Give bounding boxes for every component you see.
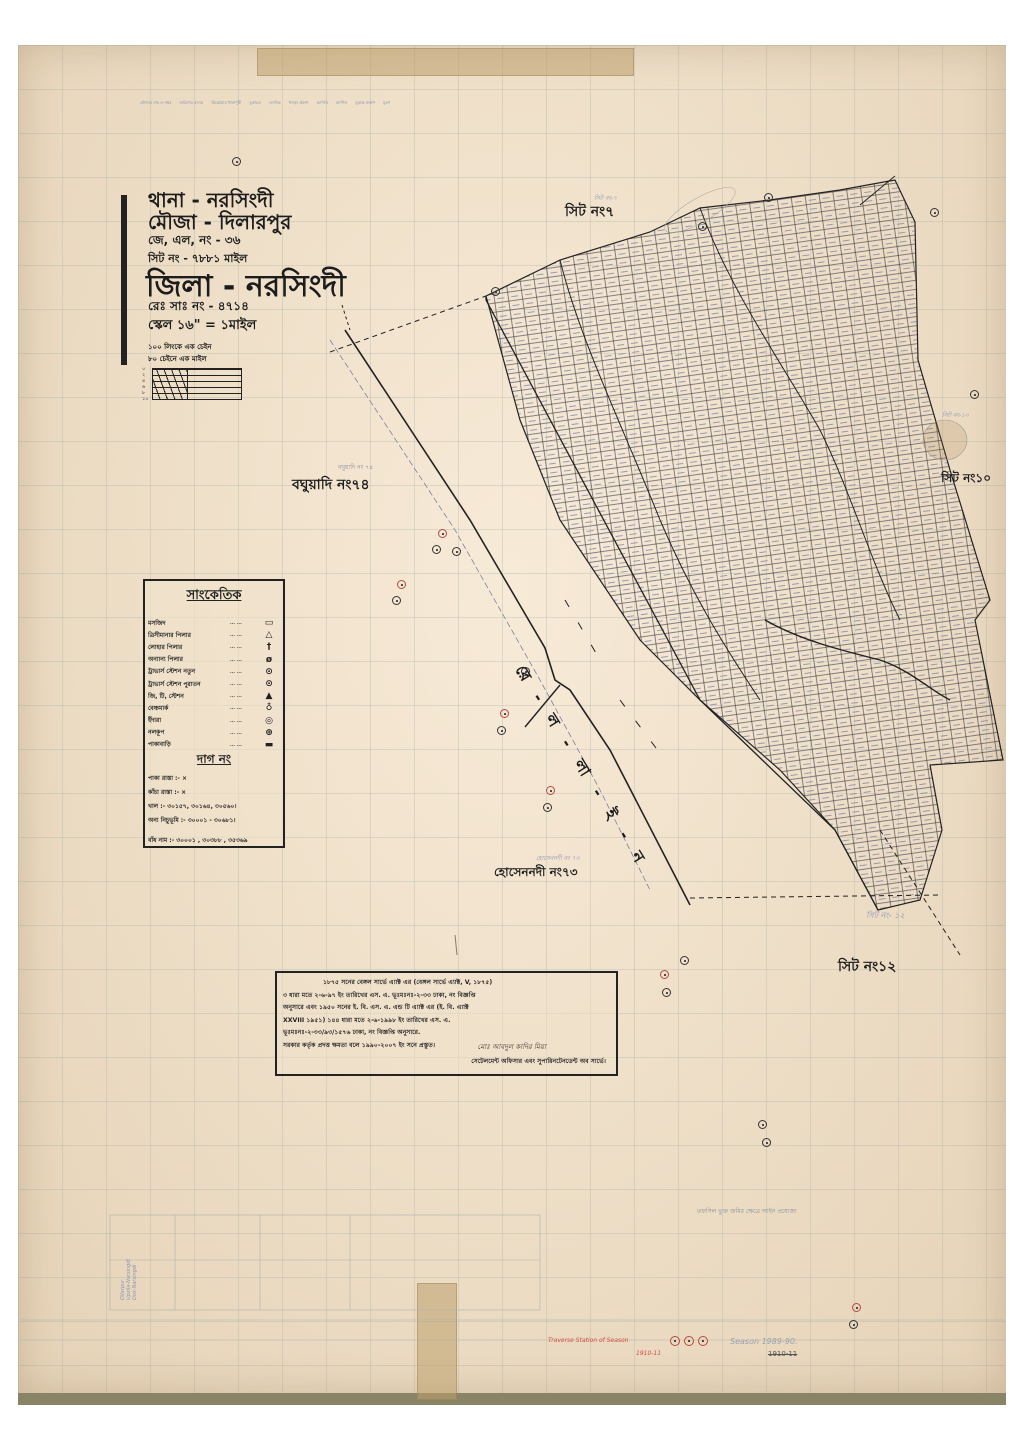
traverse-station-icon [758, 1120, 767, 1129]
adjacent-mouza-hosennagar-label: হোসেননদী নং৭৩ [494, 864, 578, 884]
tubewell-icon: ⊕ [260, 728, 278, 738]
legend-items: মসজিদ… …▭ ত্রিসীমানার পিলার… …△ লোহার পি… [148, 617, 278, 751]
signature: মোঃ আবদুল কাদির মিয়া [477, 1041, 546, 1054]
cert-line: XXVIII ১৯৫১) ১৪৪ ধারা মতে ২-৬-১৯৯৮ ইং তা… [283, 1015, 610, 1028]
traverse-station-icon [432, 545, 441, 554]
legend-item-traverse-new: ট্রাভার্স স্টেশন নতুন… …⊙ [148, 666, 278, 678]
traverse-station-icon [397, 580, 406, 589]
triangle-icon: △ [260, 630, 278, 640]
traverse-station-icon [497, 726, 506, 735]
traverse-station-icon [930, 208, 939, 217]
traverse-station-icon [500, 709, 509, 718]
benchmark-icon: ♁ [260, 703, 278, 713]
legend-item-gt-station: জি, টি, স্টেশন… …▲ [148, 690, 278, 702]
dag-number-list: পাকা রাস্তা :- × কাঁচা রাস্তা :- × খাল :… [148, 773, 278, 849]
traverse-station-icon [698, 222, 707, 231]
traverse-station-icon [392, 596, 401, 605]
traverse-station-icon [543, 803, 552, 812]
dag-line: বাঁধ নাম :- ৩০০০১ , ৩০৩৮৮ , ৩৫৩৬৯ [148, 835, 278, 849]
legend-item-mosque: মসজিদ… …▭ [148, 617, 278, 629]
cert-footer: সেটেলমেন্ট অফিসার এবং সুপারিনটেনডেন্ট অব… [471, 1056, 606, 1069]
cert-line: সরকার কর্তৃক প্রদত্ত ক্ষমতা বলে ১৯৯০-২০০… [283, 1040, 610, 1053]
legend-item-iron-pillar: লোহার পিলার… …† [148, 641, 278, 653]
traverse-station-icon [670, 1336, 680, 1346]
dag-line: কাঁচা রাস্তা :- × [148, 787, 278, 801]
traverse-station-icon [452, 547, 461, 556]
cert-line: অনুসারে এবং ১৯৫০ সনের ই. বি. এস. এ. এন্ড… [283, 1002, 610, 1015]
dag-line: পাকা রাস্তা :- × [148, 773, 278, 787]
traverse-station-icon [232, 157, 241, 166]
adjacent-mouza-hosennagar-pencil: হোসেননদী নং ৭৩ [536, 853, 580, 864]
adjacent-sheet-10-pencil: সিট নং-১০ [942, 410, 969, 421]
adjacent-mouza-baghuyadi-pencil: বঘুয়াদি নং ৭৪ [338, 462, 373, 473]
traverse-station-old-icon: ⊙ [260, 679, 278, 689]
legend-item-well: ইঁদারা… …◎ [148, 715, 278, 727]
legend-item-traverse-old: ট্রাভার্স স্টেশন পুরাতন… …⊙ [148, 678, 278, 690]
traverse-station-icon [680, 956, 689, 965]
pencil-remark-block: তফসিল ভুক্ত জমির ক্ষেত্রে আইন প্রযোজ্য [697, 1206, 797, 1217]
mosque-icon: ▭ [260, 618, 278, 628]
adjacent-sheet-12-label: সিট নং১২ [838, 955, 896, 979]
dag-number-title: দাগ নং [145, 751, 283, 771]
adjacent-mouza-baghuyadi-label: বঘুয়াদি নং৭৪ [292, 473, 370, 497]
pillar-icon: ø [260, 655, 278, 665]
season-struck-year: 1910-11 [768, 1350, 797, 1358]
traverse-station-icon [852, 1303, 861, 1312]
season-note: Season 1989-90. [730, 1337, 798, 1346]
adjacent-sheet-7-pencil: সিট নং-৭ [594, 193, 617, 204]
legend-box: সাংকেতিক মসজিদ… …▭ ত্রিসীমানার পিলার… …△… [143, 579, 285, 848]
legend-title: সাংকেতিক [145, 586, 283, 607]
traverse-station-icon [438, 529, 447, 538]
cert-line: ভূঃমঃনঃ-২-৩৩/৯৩/১৫৭৬ ঢাকা, নং বিজ্ঞপ্তি … [283, 1027, 610, 1040]
traverse-station-icon [491, 287, 500, 296]
certificate-box: ১৮৭৫ সনের বেঙ্গল সার্ভে এ্যাক্ট এর (বেঙ্… [275, 971, 618, 1076]
dag-line: অন্য নিচুভূমি :- ৩০০০১ - ৩০৬৮১। [148, 815, 278, 829]
traverse-station-icon [762, 1138, 771, 1147]
mouza-parcels [486, 180, 1003, 910]
traverse-season-note: Traverse Station of Season [548, 1337, 628, 1344]
traverse-station-icon [698, 1336, 708, 1346]
adjacent-sheet-10-label: সিট নং১০ [941, 470, 991, 490]
adjacent-sheet-12-pencil: সিট নং- ১২ [866, 910, 905, 923]
traverse-station-icon [662, 988, 671, 997]
legend-item-pucca-building: পাকাবাড়ি… …▬ [148, 739, 278, 751]
iron-pillar-icon: † [260, 642, 278, 652]
cert-line: ৩ ধারা মতে ২-৬-৯৭ ইং তারিখের এস. এ. ভূঃম… [283, 990, 610, 1003]
traverse-station-new-icon: ⊙ [260, 667, 278, 677]
traverse-station-icon [684, 1336, 694, 1346]
building-icon: ▬ [260, 740, 278, 750]
cert-line: ১৮৭৫ সনের বেঙ্গল সার্ভে এ্যাক্ট এর (বেঙ্… [283, 977, 610, 990]
legend-item-tri-junction-pillar: ত্রিসীমানার পিলার… …△ [148, 629, 278, 641]
traverse-station-icon [764, 193, 773, 202]
traverse-season-year: 1910-11 [636, 1350, 661, 1357]
traverse-station-icon [970, 390, 979, 399]
legend-item-tubewell: নলকূপ… …⊕ [148, 727, 278, 739]
legend-item-other-pillar: অন্যান্য পিলার… …ø [148, 654, 278, 666]
gt-station-icon: ▲ [260, 691, 278, 701]
legend-item-benchmark: বেঞ্চমার্ক… …♁ [148, 702, 278, 714]
well-icon: ◎ [260, 716, 278, 726]
dag-line: খাল :- ৩০১৫৭, ৩০১৬৪, ৩০৫৬০। [148, 801, 278, 815]
traverse-station-icon [546, 786, 555, 795]
traverse-station-icon [660, 970, 669, 979]
traverse-station-icon [849, 1320, 858, 1329]
left-pencil-note: Dilarpur Upzila-Narsingdi Dist-Narsingdi [120, 1259, 138, 1300]
